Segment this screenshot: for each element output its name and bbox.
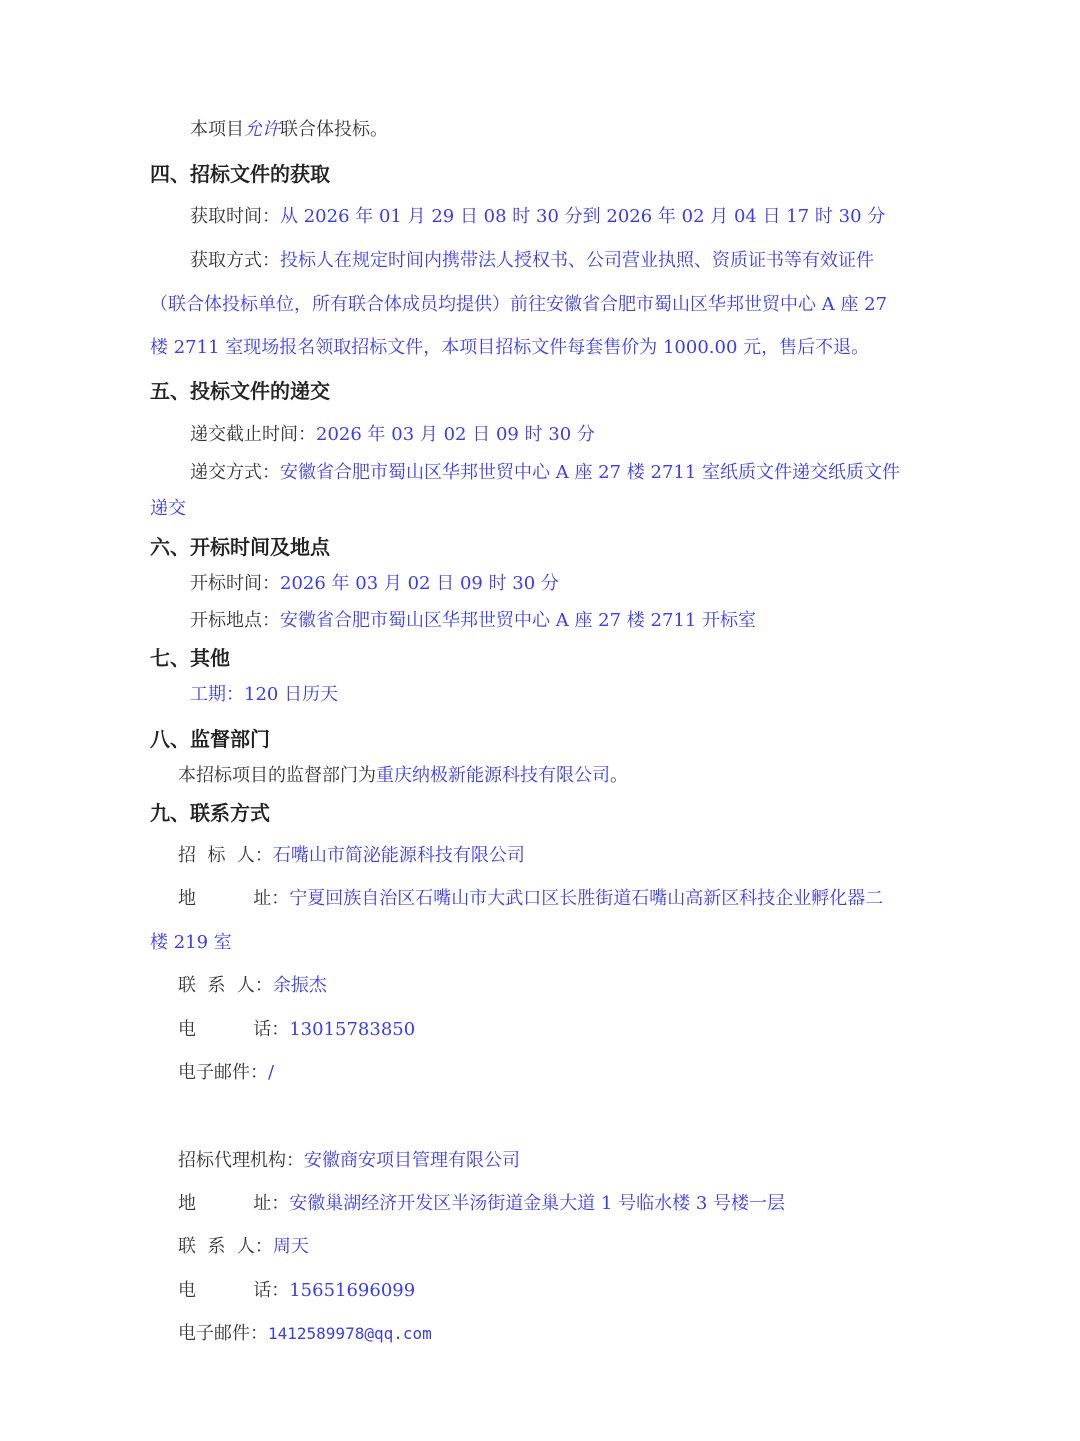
section-8-title: 八、监督部门 bbox=[150, 727, 270, 751]
agency-contact-label: 联 系 人： bbox=[178, 1236, 273, 1257]
tenderer-address-line2: 楼 219 室 bbox=[150, 932, 232, 954]
document-page: 本项目允许联合体投标。 四、招标文件的获取 获取时间：从 2026 年 01 月… bbox=[0, 0, 1080, 1441]
agency-address-value: 安徽巢湖经济开发区半汤街道金巢大道 1 号临水楼 3 号楼一层 bbox=[289, 1193, 785, 1214]
agency-address-row: 地 址：安徽巢湖经济开发区半汤街道金巢大道 1 号临水楼 3 号楼一层 bbox=[178, 1193, 785, 1215]
agency-name-label: 招标代理机构： bbox=[178, 1150, 304, 1171]
agency-name-value: 安徽商安项目管理有限公司 bbox=[304, 1150, 520, 1171]
agency-contact-value: 周天 bbox=[273, 1236, 309, 1257]
submit-method-row: 递交方式：安徽省合肥市蜀山区华邦世贸中心 A 座 27 楼 2711 室纸质文件… bbox=[190, 462, 900, 484]
agency-email-row: 电子邮件：1412589978@qq.com bbox=[178, 1323, 432, 1345]
opening-place-label: 开标地点： bbox=[190, 610, 280, 631]
tenderer-contact-value: 余振杰 bbox=[273, 975, 327, 996]
tenderer-contact-row: 联 系 人：余振杰 bbox=[178, 975, 327, 997]
opening-time-row: 开标时间：2026 年 03 月 02 日 09 时 30 分 bbox=[190, 573, 559, 595]
tenderer-name-row: 招 标 人：石嘴山市简泌能源科技有限公司 bbox=[178, 845, 525, 867]
opening-time-value: 2026 年 03 月 02 日 09 时 30 分 bbox=[280, 573, 559, 594]
submit-deadline-value: 2026 年 03 月 02 日 09 时 30 分 bbox=[316, 424, 595, 445]
agency-phone-value: 15651696099 bbox=[289, 1280, 415, 1301]
tenderer-name-value: 石嘴山市简泌能源科技有限公司 bbox=[273, 845, 525, 866]
construction-period: 工期：120 日历天 bbox=[190, 684, 338, 706]
tenderer-email-label: 电子邮件： bbox=[178, 1062, 268, 1083]
tenderer-address-row: 地 址：宁夏回族自治区石嘴山市大武口区长胜街道石嘴山高新区科技企业孵化器二 bbox=[178, 888, 883, 910]
supervision-suffix: 。 bbox=[610, 765, 628, 786]
obtain-method-label: 获取方式： bbox=[190, 250, 280, 271]
obtain-time-row: 获取时间：从 2026 年 01 月 29 日 08 时 30 分到 2026 … bbox=[190, 206, 885, 228]
section-7-title: 七、其他 bbox=[150, 646, 230, 670]
agency-email-label: 电子邮件： bbox=[178, 1323, 268, 1344]
intro-emphasis: 允许 bbox=[244, 119, 280, 140]
submit-method-line2: 递交 bbox=[150, 498, 186, 520]
tenderer-name-label: 招 标 人： bbox=[178, 845, 273, 866]
section-9-title: 九、联系方式 bbox=[150, 801, 270, 825]
agency-phone-row: 电 话：15651696099 bbox=[178, 1280, 415, 1302]
agency-name-row: 招标代理机构：安徽商安项目管理有限公司 bbox=[178, 1150, 520, 1172]
obtain-method-row: 获取方式：投标人在规定时间内携带法人授权书、公司营业执照、资质证书等有效证件 bbox=[190, 250, 874, 272]
intro-paragraph: 本项目允许联合体投标。 bbox=[190, 119, 388, 141]
tenderer-email-value: / bbox=[268, 1062, 274, 1083]
tenderer-address-label: 地 址： bbox=[178, 888, 289, 909]
agency-address-label: 地 址： bbox=[178, 1193, 289, 1214]
tenderer-contact-label: 联 系 人： bbox=[178, 975, 273, 996]
tenderer-phone-row: 电 话：13015783850 bbox=[178, 1019, 415, 1041]
submit-deadline-row: 递交截止时间：2026 年 03 月 02 日 09 时 30 分 bbox=[190, 424, 595, 446]
obtain-method-line3: 楼 2711 室现场报名领取招标文件，本项目招标文件每套售价为 1000.00 … bbox=[150, 337, 869, 359]
tenderer-email-row: 电子邮件：/ bbox=[178, 1062, 274, 1084]
section-6-title: 六、开标时间及地点 bbox=[150, 535, 330, 559]
tenderer-phone-label: 电 话： bbox=[178, 1019, 289, 1040]
supervision-row: 本招标项目的监督部门为重庆纳极新能源科技有限公司。 bbox=[178, 765, 628, 787]
intro-suffix: 联合体投标。 bbox=[280, 119, 388, 140]
obtain-time-label: 获取时间： bbox=[190, 206, 280, 227]
section-4-title: 四、招标文件的获取 bbox=[150, 162, 330, 186]
agency-email-value[interactable]: 1412589978@qq.com bbox=[268, 1324, 432, 1343]
supervision-prefix: 本招标项目的监督部门为 bbox=[178, 765, 376, 786]
agency-contact-row: 联 系 人：周天 bbox=[178, 1236, 309, 1258]
supervision-dept: 重庆纳极新能源科技有限公司 bbox=[376, 765, 610, 786]
obtain-time-value: 从 2026 年 01 月 29 日 08 时 30 分到 2026 年 02 … bbox=[280, 206, 885, 227]
tenderer-address-line1: 宁夏回族自治区石嘴山市大武口区长胜街道石嘴山高新区科技企业孵化器二 bbox=[289, 888, 883, 909]
submit-method-line1: 安徽省合肥市蜀山区华邦世贸中心 A 座 27 楼 2711 室纸质文件递交纸质文… bbox=[280, 462, 900, 483]
agency-phone-label: 电 话： bbox=[178, 1280, 289, 1301]
opening-place-row: 开标地点：安徽省合肥市蜀山区华邦世贸中心 A 座 27 楼 2711 开标室 bbox=[190, 610, 756, 632]
submit-method-label: 递交方式： bbox=[190, 462, 280, 483]
opening-time-label: 开标时间： bbox=[190, 573, 280, 594]
opening-place-value: 安徽省合肥市蜀山区华邦世贸中心 A 座 27 楼 2711 开标室 bbox=[280, 610, 756, 631]
tenderer-phone-value: 13015783850 bbox=[289, 1019, 415, 1040]
obtain-method-line2: （联合体投标单位，所有联合体成员均提供）前往安徽省合肥市蜀山区华邦世贸中心 A … bbox=[150, 294, 887, 316]
obtain-method-line1: 投标人在规定时间内携带法人授权书、公司营业执照、资质证书等有效证件 bbox=[280, 250, 874, 271]
submit-deadline-label: 递交截止时间： bbox=[190, 424, 316, 445]
intro-prefix: 本项目 bbox=[190, 119, 244, 140]
section-5-title: 五、投标文件的递交 bbox=[150, 379, 330, 403]
